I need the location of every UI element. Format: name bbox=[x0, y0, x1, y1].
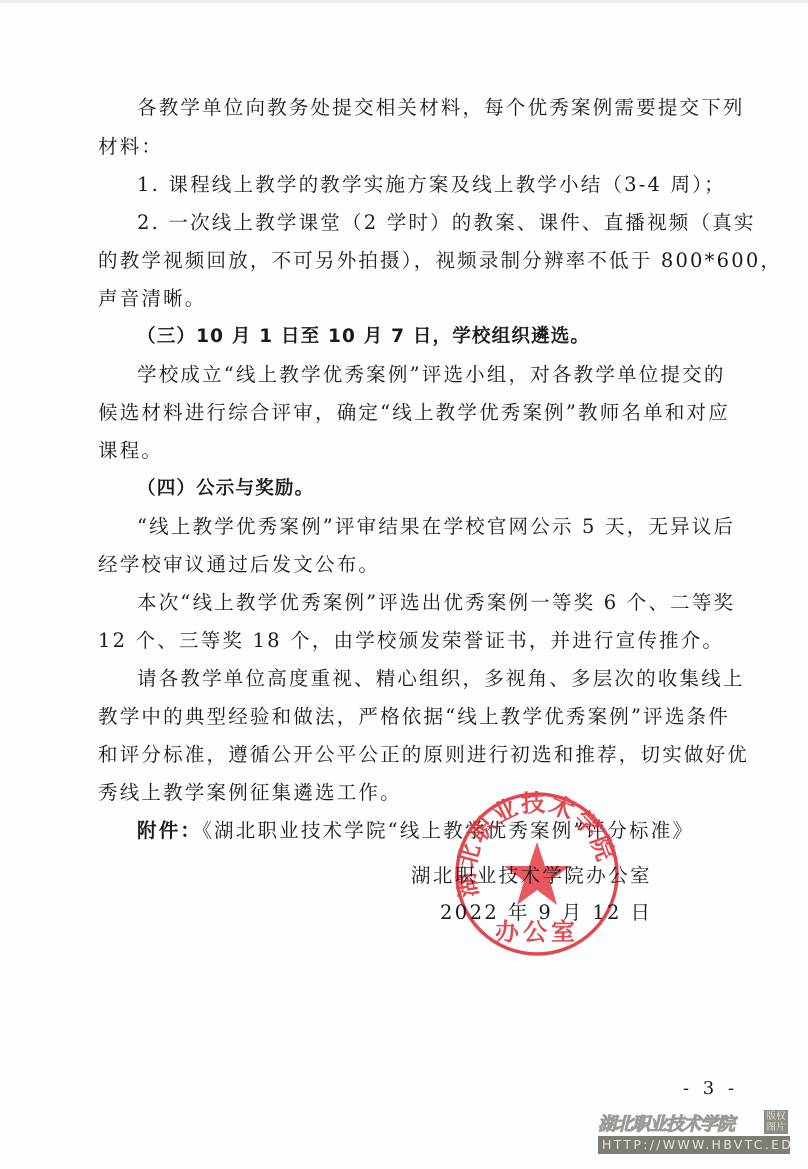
attachment-line: 附件：《湖北职业技术学院“线上教学优秀案例”评分标准》 bbox=[137, 819, 723, 843]
paragraph-line: 秀线上教学案例征集遴选工作。 bbox=[98, 781, 723, 805]
watermark-calligraphy: 湖北职业技术学院 bbox=[598, 1110, 758, 1134]
paragraph-line: 声音清晰。 bbox=[98, 287, 723, 311]
watermark: 湖北职业技术学院 版权 图片 HTTP://WWW.HBVTC.EDU.CN bbox=[598, 1108, 790, 1156]
section-heading: （三）10 月 1 日至 10 月 7 日，学校组织遴选。 bbox=[137, 325, 723, 349]
document-page: 各教学单位向教务处提交相关材料，每个优秀案例需要提交下列材料：1. 课程线上教学… bbox=[0, 0, 808, 1169]
badge-bottom-text: 图片 bbox=[764, 1122, 788, 1133]
section-heading: （四）公示与奖励。 bbox=[137, 477, 723, 501]
copyright-badge: 版权 图片 bbox=[764, 1110, 788, 1134]
paragraph-line: 请各教学单位高度重视、精心组织，多视角、多层次的收集线上 bbox=[137, 667, 723, 691]
paragraph-line: 12 个、三等奖 18 个，由学校颁发荣誉证书，并进行宣传推介。 bbox=[98, 629, 723, 653]
paragraph-line: 本次“线上教学优秀案例”评选出优秀案例一等奖 6 个、二等奖 bbox=[137, 591, 723, 615]
paragraph-line: 教学中的典型经验和做法，严格依据“线上教学优秀案例”评选条件 bbox=[98, 705, 723, 729]
scan-edge bbox=[0, 0, 808, 3]
paragraph-line: 1. 课程线上教学的教学实施方案及线上教学小结（3-4 周）； bbox=[137, 173, 723, 197]
paragraph-line: 2. 一次线上教学课堂（2 学时）的教案、课件、直播视频（真实 bbox=[137, 211, 723, 235]
paragraph-line: 各教学单位向教务处提交相关材料，每个优秀案例需要提交下列 bbox=[137, 96, 723, 120]
page-number: - 3 - bbox=[683, 1078, 738, 1099]
issue-date: 2022 年 9 月 12 日 bbox=[440, 901, 652, 925]
issuer-name: 湖北职业技术学院办公室 bbox=[411, 864, 652, 888]
attachment-title: 《湖北职业技术学院“线上教学优秀案例”评分标准》 bbox=[202, 819, 694, 842]
paragraph-line: 课程。 bbox=[98, 439, 723, 463]
attachment-label: 附件： bbox=[137, 819, 202, 842]
badge-top-text: 版权 bbox=[764, 1111, 788, 1122]
paragraph-line: “线上教学优秀案例”评审结果在学校官网公示 5 天，无异议后 bbox=[137, 515, 723, 539]
paragraph-line: 经学校审议通过后发文公布。 bbox=[98, 553, 723, 577]
paragraph-line: 候选材料进行综合评审，确定“线上教学优秀案例”教师名单和对应 bbox=[98, 401, 723, 425]
watermark-url: HTTP://WWW.HBVTC.EDU.CN bbox=[598, 1136, 790, 1154]
paragraph-line: 的教学视频回放，不可另外拍摄），视频录制分辨率不低于 800*600， bbox=[98, 249, 723, 273]
paragraph-line: 材料： bbox=[98, 135, 723, 159]
paragraph-line: 和评分标准，遵循公开公平公正的原则进行初选和推荐，切实做好优 bbox=[98, 743, 723, 767]
paragraph-line: 学校成立“线上教学优秀案例”评选小组，对各教学单位提交的 bbox=[137, 363, 723, 387]
